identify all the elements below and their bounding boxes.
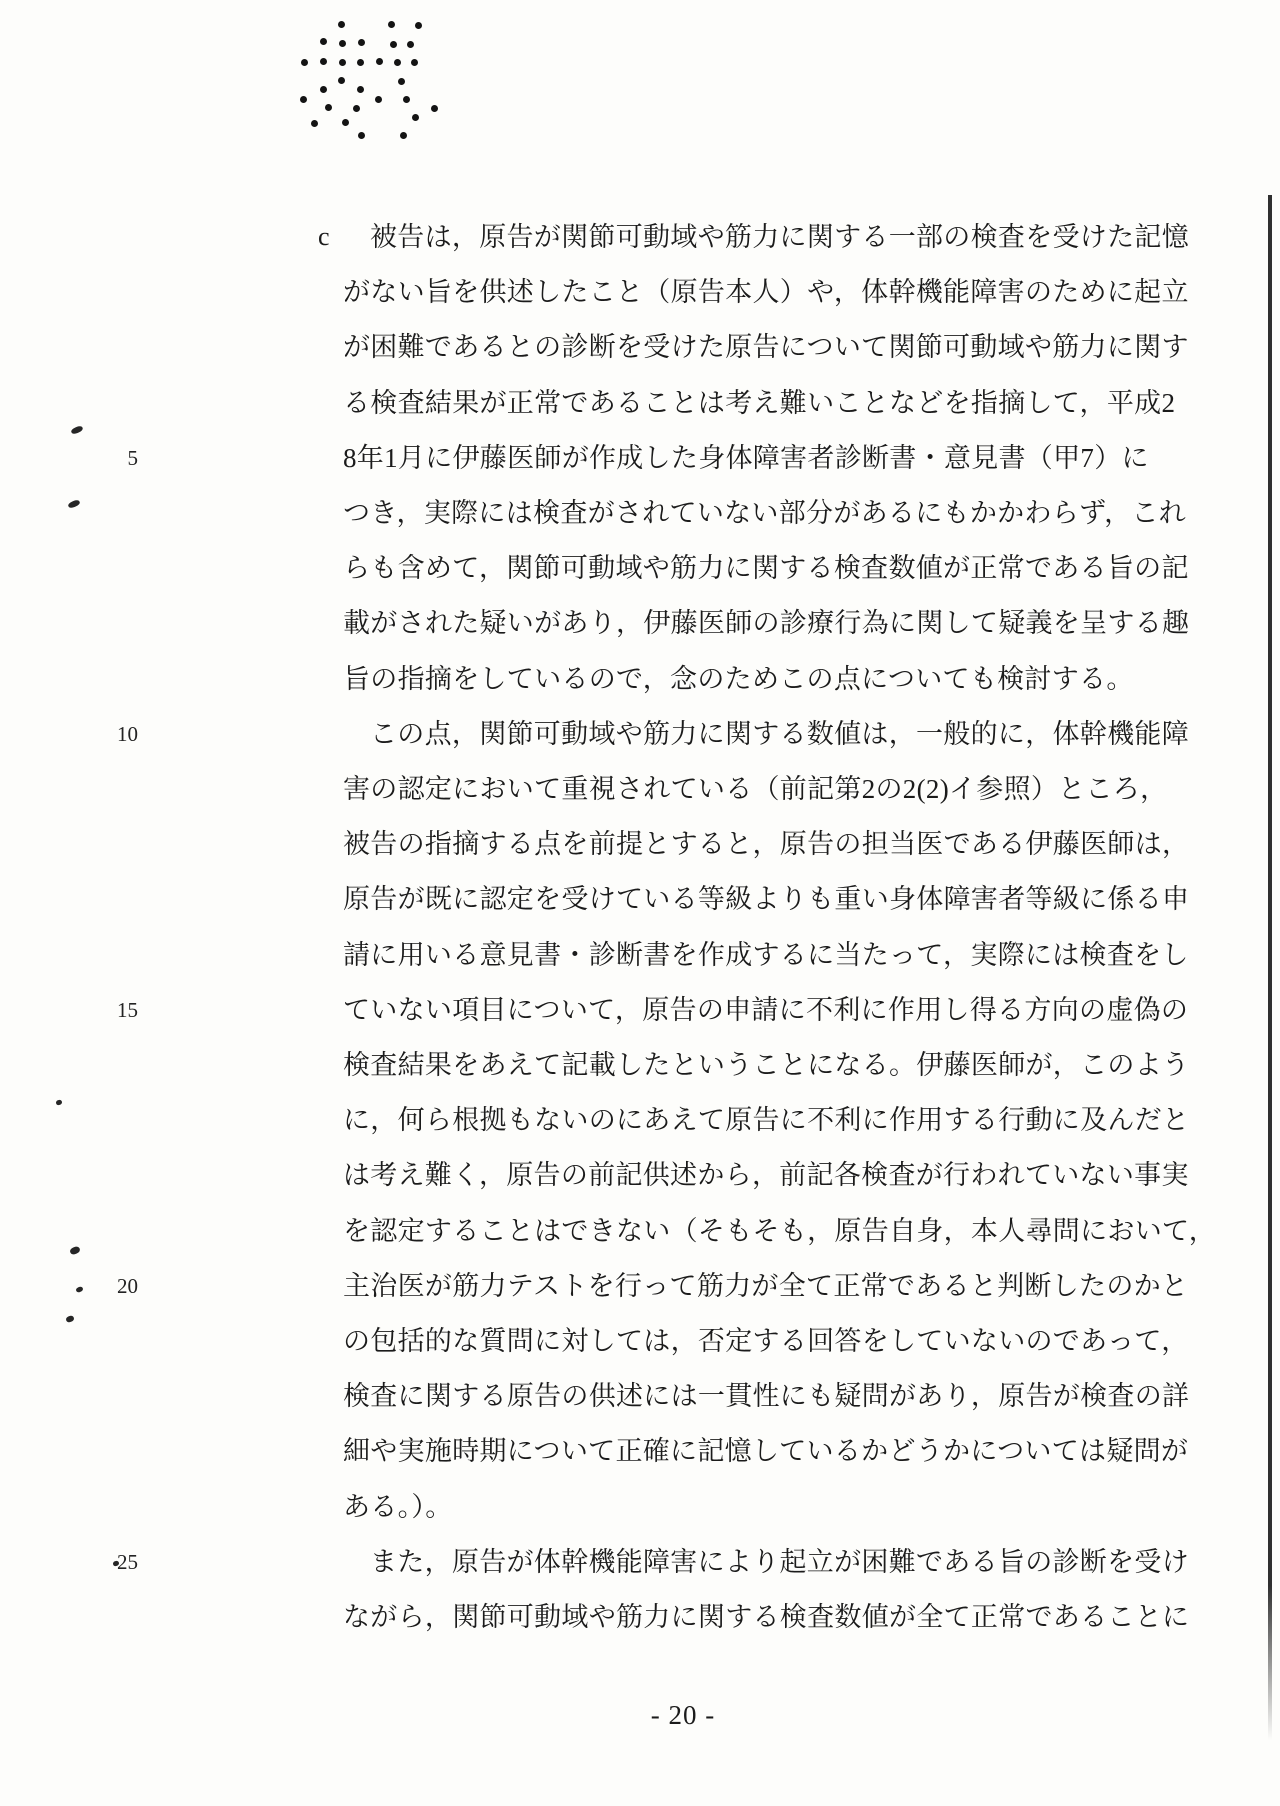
ink-speck	[70, 425, 83, 435]
text-line: 被告は，原告が関節可動域や筋力に関する一部の検査を受けた記憶	[370, 220, 1189, 254]
margin-line-number: 15	[96, 998, 138, 1022]
text-line: 検査結果をあえて記載したということになる。伊藤医師が，このよう	[343, 1048, 1189, 1082]
ink-speck	[67, 499, 80, 509]
text-line: の包括的な質問に対しては，否定する回答をしていないのであって，	[343, 1324, 1189, 1358]
stamp-dot	[338, 77, 345, 84]
text-line: ながら，関節可動域や筋力に関する検査数値が全て正常であることに	[343, 1600, 1189, 1634]
stamp-dot	[301, 59, 308, 66]
stamp-dot	[394, 59, 401, 66]
stamp-dot	[388, 21, 395, 28]
stamp-dot	[431, 105, 438, 112]
text-line: を認定することはできない（そもそも，原告自身，本人尋問において，	[343, 1214, 1216, 1248]
text-line: 検査に関する原告の供述には一貫性にも疑問があり，原告が検査の詳	[343, 1379, 1189, 1413]
margin-line-number: 5	[96, 446, 138, 470]
stamp-dot	[358, 132, 365, 139]
stamp-dot	[357, 86, 364, 93]
stamp-dot	[325, 104, 332, 111]
text-line: る検査結果が正常であることは考え難いことなどを指摘して，平成2	[343, 386, 1175, 420]
stamp-dot	[311, 120, 318, 127]
text-line: 害の認定において重視されている（前記第2の2(2)イ参照）ところ，	[343, 772, 1167, 806]
stamp-dot	[320, 86, 327, 93]
scanned-document-page: 510152025 c被告は，原告が関節可動域や筋力に関する一部の検査を受けた記…	[0, 0, 1280, 1806]
text-line: 原告が既に認定を受けている等級よりも重い身体障害者等級に係る申	[343, 882, 1189, 916]
stamp-dot	[358, 39, 365, 46]
ink-speck	[69, 1245, 81, 1255]
text-line: 主治医が筋力テストを行って筋力が全て正常であると判断したのかと	[343, 1269, 1188, 1303]
stamp-dot	[411, 59, 418, 66]
text-line: つき，実際には検査がされていない部分があるにもかかわらず，これ	[343, 496, 1186, 530]
text-line: 載がされた疑いがあり，伊藤医師の診療行為に関して疑義を呈する趣	[343, 606, 1189, 640]
scan-edge-line	[1268, 195, 1272, 1740]
stamp-dot	[338, 21, 345, 28]
ink-speck	[75, 1286, 83, 1293]
text-line: 被告の指摘する点を前提とすると，原告の担当医である伊藤医師は，	[343, 827, 1189, 861]
text-line: 8年1月に伊藤医師が作成した身体障害者診断書・意見書（甲7）に	[343, 441, 1149, 475]
stamp-dot	[412, 114, 419, 121]
stamp-dot	[400, 132, 407, 139]
text-line: らも含めて，関節可動域や筋力に関する検査数値が正常である旨の記	[343, 551, 1189, 585]
text-line: また，原告が体幹機能障害により起立が困難である旨の診断を受け	[370, 1545, 1189, 1579]
item-marker: c	[318, 220, 330, 254]
text-line: がない旨を供述したこと（原告本人）や，体幹機能障害のために起立	[343, 275, 1189, 309]
text-line: が困難であるとの診断を受けた原告について関節可動域や筋力に関す	[343, 330, 1189, 364]
margin-line-number: 20	[96, 1274, 138, 1298]
text-line: ていない項目について，原告の申請に不利に作用し得る方向の虚偽の	[343, 993, 1188, 1027]
stamp-dot	[342, 119, 349, 126]
text-line: 旨の指摘をしているので，念のためこの点についても検討する。	[343, 662, 1134, 696]
stamp-dot	[415, 22, 422, 29]
page-number: - 20 -	[633, 1700, 733, 1731]
stamp-dot	[300, 96, 307, 103]
ink-speck	[65, 1315, 75, 1324]
text-line: は考え難く，原告の前記供述から，前記各検査が行われていない事実	[343, 1158, 1189, 1192]
ink-speck	[55, 1099, 62, 1106]
stamp-dot	[390, 41, 397, 48]
text-line: この点，関節可動域や筋力に関する数値は，一般的に，体幹機能障	[370, 717, 1189, 751]
stamp-dot	[407, 41, 414, 48]
stamp-dot	[398, 78, 405, 85]
stamp-dot	[357, 59, 364, 66]
text-line: 細や実施時期について正確に記憶しているかどうかについては疑問が	[343, 1434, 1188, 1468]
stamp-dot	[376, 58, 383, 65]
margin-line-number: 10	[96, 722, 138, 746]
stamp-dot	[339, 40, 346, 47]
text-line: に，何ら根拠もないのにあえて原告に不利に作用する行動に及んだと	[343, 1103, 1189, 1137]
text-line: 請に用いる意見書・診断書を作成するに当たって，実際には検査をし	[343, 938, 1189, 972]
stamp-dot	[403, 96, 410, 103]
stamp-dot	[353, 105, 360, 112]
stamp-dot	[320, 38, 327, 45]
text-line: ある。）。	[343, 1490, 453, 1524]
stamp-dot	[339, 59, 346, 66]
stamp-dot	[375, 96, 382, 103]
stamp-dot	[320, 58, 327, 65]
